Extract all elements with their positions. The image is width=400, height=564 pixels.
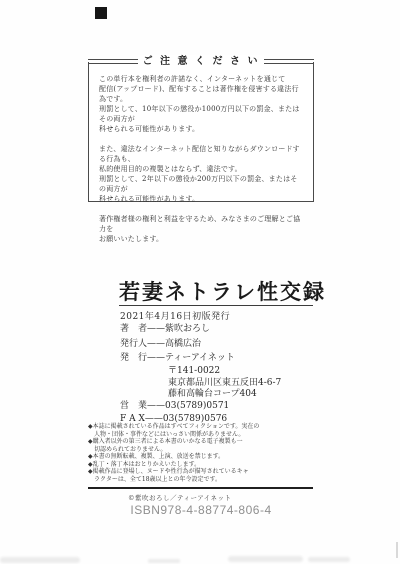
notice-box-header: ご 注 意 く だ さ い bbox=[88, 55, 314, 68]
sales-phone-line: 営 業——03(5789)0571 bbox=[120, 400, 229, 413]
double-rule-right bbox=[264, 59, 314, 64]
notice-paragraph: 著作権者様の権利と利益を守るため、みなさまのご理解とご協力を お願いいたします。 bbox=[99, 214, 303, 244]
address-line: 東京都品川区東五反田4-6-7 bbox=[168, 378, 281, 390]
book-title: 若妻ネトラレ性交録 bbox=[119, 276, 326, 306]
scan-edge-mark bbox=[396, 542, 398, 558]
copyright-line: ©紫吹おろし／ティーアイネット bbox=[128, 493, 232, 502]
isbn-number: ISBN978-4-88774-806-4 bbox=[88, 503, 314, 517]
scan-smudge bbox=[308, 557, 350, 562]
title-divider bbox=[119, 305, 313, 306]
notice-paragraph: また、違法なインターネット配信と知りながらダウンロードする行為も、 私的使用目的… bbox=[99, 144, 303, 204]
scan-smudge bbox=[0, 557, 80, 563]
postal-code: 〒141-0022 bbox=[168, 366, 281, 378]
registration-mark bbox=[95, 7, 107, 19]
legal-note: ◆購入者以外の第三者による本書のいかなる電子複製も一 切認められておりません。 bbox=[88, 438, 316, 453]
legal-note: ◆掲載作品に登場し、ヌードや性行為が描写されているキャ ラクターは、全て18歳以… bbox=[88, 468, 316, 483]
publisher-line: 発 行——ティーアイネット bbox=[120, 351, 235, 366]
author-line: 著 者——紫吹おろし bbox=[120, 322, 235, 337]
bottom-divider bbox=[88, 487, 313, 489]
legal-note: ◆本誌に掲載されている作品はすべてフィクションです。実在の 人物・団体・事件など… bbox=[88, 423, 316, 438]
publisher-address: 〒141-0022 東京都品川区東五反田4-6-7 藤和高輪台コープ404 bbox=[168, 366, 281, 401]
colophon-page: ご 注 意 く だ さ い この単行本を権利者の許諾なく、インターネットを通じて… bbox=[0, 0, 400, 564]
notice-paragraph: この単行本を権利者の許諾なく、インターネットを通じて 配信(アップロード)、配布… bbox=[99, 74, 303, 134]
copyright-warning-box: ご 注 意 く だ さ い この単行本を権利者の許諾なく、インターネットを通じて… bbox=[88, 62, 314, 202]
legal-notes: ◆本誌に掲載されている作品はすべてフィクションです。実在の 人物・団体・事件など… bbox=[88, 423, 316, 483]
address-line: 藤和高輪台コープ404 bbox=[168, 389, 281, 401]
edition-date: 2021年4月16日初版発行 bbox=[120, 309, 230, 322]
legal-note: ◆乱丁・落丁本はおとりかえいたします。 bbox=[88, 461, 316, 469]
scan-smudge bbox=[148, 559, 180, 563]
publisher-person-line: 発行人——高橋広治 bbox=[120, 337, 235, 352]
credits-block: 著 者——紫吹おろし 発行人——高橋広治 発 行——ティーアイネット bbox=[120, 322, 235, 366]
legal-note: ◆本書の無断転載、複製、上演、放送を禁じます。 bbox=[88, 453, 316, 461]
notice-title: ご 注 意 く だ さ い bbox=[138, 55, 265, 68]
scan-smudge bbox=[228, 556, 303, 562]
double-rule-left bbox=[88, 59, 138, 64]
